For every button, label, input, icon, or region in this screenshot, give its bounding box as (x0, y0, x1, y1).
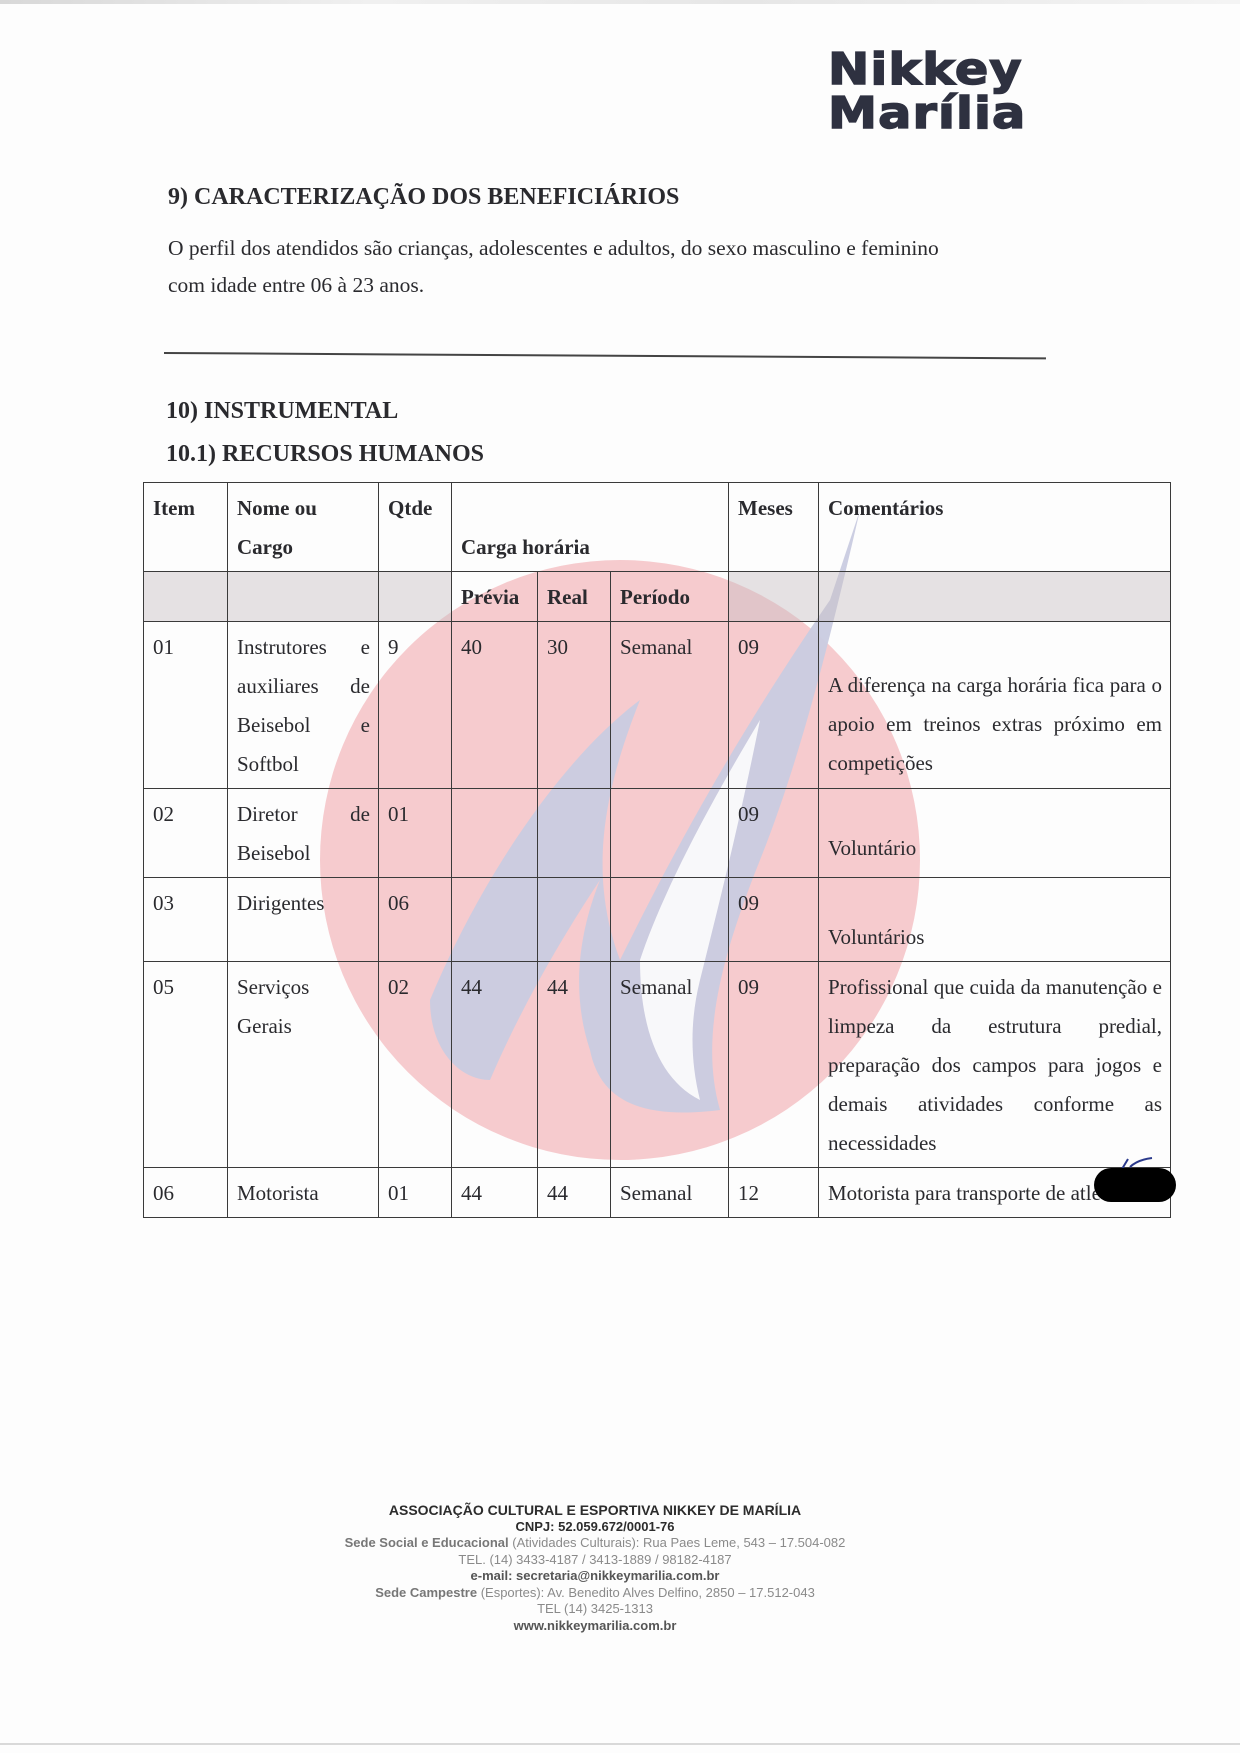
header-carga-horaria: Carga horária (452, 483, 729, 572)
table-row: 06 Motorista 01 44 44 Semanal 12 Motoris… (144, 1168, 1171, 1218)
cell-real: 44 (538, 1168, 611, 1218)
subheader-meses-empty (729, 572, 819, 622)
cell-periodo (611, 878, 729, 962)
cell-nome: Instrutores e auxiliares de Beisebol e S… (228, 622, 379, 789)
scan-edge-top (0, 0, 1240, 4)
subheader-periodo: Período (611, 572, 729, 622)
cell-qtde: 01 (379, 789, 452, 878)
logo-line-2: Marília (828, 92, 1086, 136)
cell-qtde: 06 (379, 878, 452, 962)
cell-periodo (611, 789, 729, 878)
header-comentarios: Comentários (819, 483, 1171, 572)
cell-comentario: A diferença na carga horária fica para o… (819, 622, 1171, 789)
footer-email[interactable]: e-mail: secretaria@nikkeymarilia.com.br (290, 1568, 900, 1585)
subheader-nome-empty (228, 572, 379, 622)
cell-item: 02 (144, 789, 228, 878)
table-row: 02 Diretor de Beisebol 01 09 Voluntário (144, 789, 1171, 878)
table-row: 03 Dirigentes 06 09 Voluntários (144, 878, 1171, 962)
table-row: 05 Serviços Gerais 02 44 44 Semanal 09 P… (144, 962, 1171, 1168)
cell-meses: 09 (729, 962, 819, 1168)
subheader-qtde-empty (379, 572, 452, 622)
header-meses: Meses (729, 483, 819, 572)
section-10-heading: 10) INSTRUMENTAL (166, 398, 398, 425)
cell-meses: 09 (729, 878, 819, 962)
subheader-previa: Prévia (452, 572, 538, 622)
cell-previa (452, 789, 538, 878)
cell-qtde: 9 (379, 622, 452, 789)
cell-item: 06 (144, 1168, 228, 1218)
table-header-row: Item Nome ou Cargo Qtde Carga horária Me… (144, 483, 1171, 572)
cell-real: 44 (538, 962, 611, 1168)
cell-nome: Diretor de Beisebol (228, 789, 379, 878)
cell-periodo: Semanal (611, 962, 729, 1168)
cell-comentario: Voluntários (819, 878, 1171, 962)
letterhead-footer: ASSOCIAÇÃO CULTURAL E ESPORTIVA NIKKEY D… (290, 1502, 900, 1634)
footer-sede-campestre: Sede Campestre (Esportes): Av. Benedito … (290, 1585, 900, 1602)
subheader-item-empty (144, 572, 228, 622)
logo-nikkey-marilia: Nikkey Marília (828, 48, 1058, 136)
header-item: Item (144, 483, 228, 572)
scan-edge-bottom (0, 1743, 1240, 1745)
subheader-comentarios-empty (819, 572, 1171, 622)
redaction-mark (1094, 1168, 1176, 1202)
cell-previa (452, 878, 538, 962)
header-nome-line-2: Cargo (237, 528, 370, 567)
footer-cnpj: CNPJ: 52.059.672/0001-76 (290, 1519, 900, 1536)
cell-meses: 12 (729, 1168, 819, 1218)
section-9-text-line-2: com idade entre 06 à 23 anos. (168, 265, 1068, 305)
cell-previa: 44 (452, 1168, 538, 1218)
header-nome-line-1: Nome ou (237, 489, 370, 528)
footer-sede-social-address: (Atividades Culturais): Rua Paes Leme, 5… (509, 1535, 846, 1550)
footer-sede-social: Sede Social e Educacional (Atividades Cu… (290, 1535, 900, 1552)
section-10-1-heading: 10.1) RECURSOS HUMANOS (166, 441, 484, 468)
footer-org-name: ASSOCIAÇÃO CULTURAL E ESPORTIVA NIKKEY D… (290, 1502, 900, 1519)
cell-real: 30 (538, 622, 611, 789)
header-carga-horaria-label: Carga horária (461, 528, 720, 567)
footer-sede-campestre-address: (Esportes): Av. Benedito Alves Delfino, … (477, 1585, 815, 1600)
cell-nome: Dirigentes (228, 878, 379, 962)
cell-qtde: 01 (379, 1168, 452, 1218)
cell-item: 03 (144, 878, 228, 962)
subheader-real: Real (538, 572, 611, 622)
table-subheader-row: Prévia Real Período (144, 572, 1171, 622)
cell-real (538, 878, 611, 962)
cell-nome: Motorista (228, 1168, 379, 1218)
logo-line-1: Nikkey (828, 48, 1086, 92)
cell-item: 01 (144, 622, 228, 789)
footer-website-link[interactable]: www.nikkeymarilia.com.br (290, 1618, 900, 1635)
recursos-humanos-table: Item Nome ou Cargo Qtde Carga horária Me… (143, 482, 1171, 1218)
section-9-heading: 9) CARACTERIZAÇÃO DOS BENEFICIÁRIOS (168, 184, 679, 211)
cell-meses: 09 (729, 789, 819, 878)
cell-comentario: Voluntário (819, 789, 1171, 878)
section-9-text-line-1: O perfil dos atendidos são crianças, ado… (168, 228, 1068, 268)
footer-phone-1: TEL. (14) 3433-4187 / 3413-1889 / 98182-… (290, 1552, 900, 1569)
footer-sede-campestre-label: Sede Campestre (375, 1585, 477, 1600)
section-divider (164, 352, 1046, 359)
cell-qtde: 02 (379, 962, 452, 1168)
footer-phone-2: TEL (14) 3425-1313 (290, 1601, 900, 1618)
header-nome-cargo: Nome ou Cargo (228, 483, 379, 572)
header-qtde: Qtde (379, 483, 452, 572)
cell-periodo: Semanal (611, 1168, 729, 1218)
cell-comentario: Profissional que cuida da manutenção e l… (819, 962, 1171, 1168)
footer-sede-social-label: Sede Social e Educacional (345, 1535, 509, 1550)
cell-nome: Serviços Gerais (228, 962, 379, 1168)
cell-meses: 09 (729, 622, 819, 789)
table-row: 01 Instrutores e auxiliares de Beisebol … (144, 622, 1171, 789)
cell-periodo: Semanal (611, 622, 729, 789)
cell-previa: 40 (452, 622, 538, 789)
cell-real (538, 789, 611, 878)
cell-previa: 44 (452, 962, 538, 1168)
cell-item: 05 (144, 962, 228, 1168)
